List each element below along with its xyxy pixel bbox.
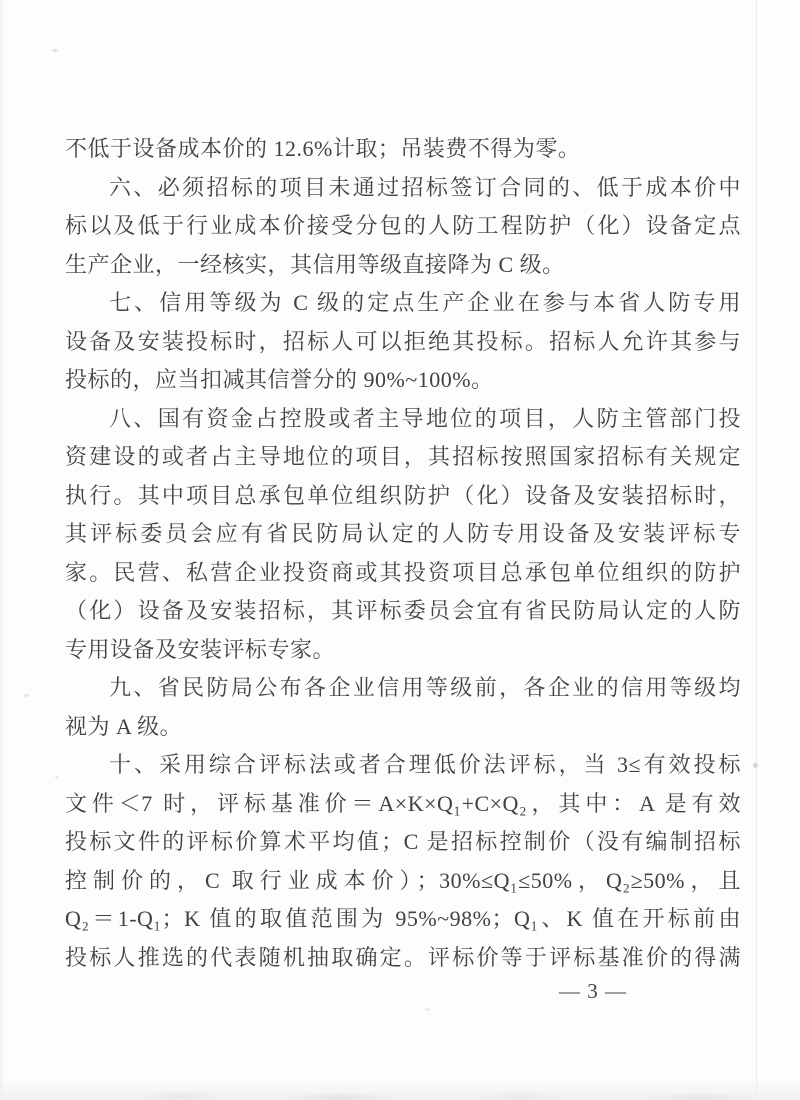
text-line-2: 六、必须招标的项目未通过招标签订合同的、低于成本价中 [65, 169, 741, 208]
scan-left-edge [0, 0, 4, 1100]
text-line-7: 投标的，应当扣减其信誉分的 90%~100%。 [65, 361, 741, 400]
text-line-14: 专用设备及安装评标专家。 [65, 631, 741, 670]
text-line-15: 九、省民防局公布各企业信用等级前，各企业的信用等级均 [65, 669, 741, 708]
document-body: 不低于设备成本价的 12.6%计取；吊装费不得为零。六、必须招标的项目未通过招标… [65, 130, 741, 977]
text-line-9: 资建设的或者占主导地位的项目，其招标按照国家招标有关规定 [65, 438, 741, 477]
text-line-8: 八、国有资金占控股或者主导地位的项目，人防主管部门投 [65, 400, 741, 439]
scan-speck [24, 694, 29, 697]
text-line-17: 十、采用综合评标法或者合理低价法评标，当 3≤有效投标 [65, 746, 741, 785]
scan-speck [753, 763, 758, 768]
text-line-6: 设备及安装投标时，招标人可以拒绝其投标。招标人允许其参与 [65, 323, 741, 362]
document-page: 不低于设备成本价的 12.6%计取；吊装费不得为零。六、必须招标的项目未通过招标… [0, 0, 800, 1100]
text-line-10: 执行。其中项目总承包单位组织防护（化）设备及安装招标时， [65, 477, 741, 516]
scan-bottom-edge [0, 1076, 800, 1100]
text-line-16: 视为 A 级。 [65, 708, 741, 747]
text-line-22: 投标人推选的代表随机抽取确定。评标价等于评标基准价的得满 [65, 939, 741, 978]
text-line-18: 文件＜7 时，评标基准价＝A×K×Q₁+C×Q₂，其中：A 是有效 [65, 785, 741, 824]
text-line-19: 投标文件的评标价算术平均值；C 是招标控制价（没有编制招标 [65, 823, 741, 862]
text-line-11: 其评标委员会应有省民防局认定的人防专用设备及安装评标专 [65, 515, 741, 554]
text-line-4: 生产企业，一经核实，其信用等级直接降为 C 级。 [65, 246, 741, 285]
text-line-3: 标以及低于行业成本价接受分包的人防工程防护（化）设备定点 [65, 207, 741, 246]
text-line-21: Q₂＝1-Q₁；K 值的取值范围为 95%~98%；Q₁、K 值在开标前由 [65, 900, 741, 939]
text-line-20: 控制价的，C 取行业成本价）；30%≤Q₁≤50%，Q₂≥50%，且 [65, 862, 741, 901]
text-line-1: 不低于设备成本价的 12.6%计取；吊装费不得为零。 [65, 130, 741, 169]
page-number: — 3 — [548, 976, 638, 1006]
text-line-13: （化）设备及安装招标，其评标委员会宜有省民防局认定的人防 [65, 592, 741, 631]
scan-fold-line [756, 0, 757, 1100]
scan-speck [52, 49, 58, 52]
text-line-5: 七、信用等级为 C 级的定点生产企业在参与本省人防专用 [65, 284, 741, 323]
text-line-12: 家。民营、私营企业投资商或其投资项目总承包单位组织的防护 [65, 554, 741, 593]
scan-speck [425, 1008, 430, 1011]
scan-speck [55, 776, 59, 779]
